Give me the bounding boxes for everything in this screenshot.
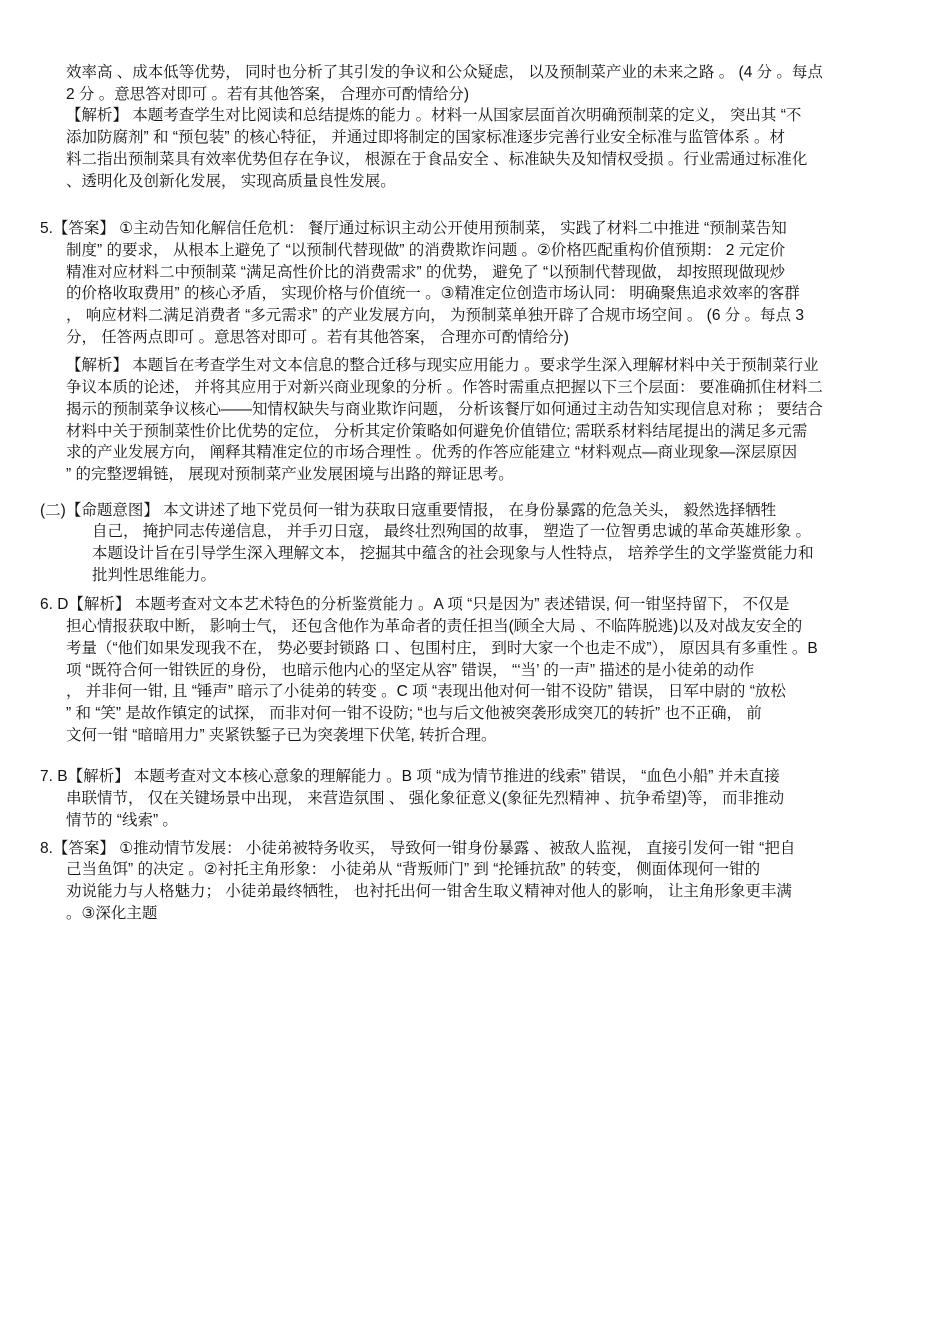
text-line: 自己， 掩护同志传递信息， 并手刃日寇， 最终壮烈殉国的故事， 塑造了一位智勇忠… (0, 521, 914, 543)
q5-answer: 5.【答案】 ①主动告知化解信任危机： 餐厅通过标识主动公开使用预制菜， 实践了… (0, 218, 914, 348)
text-line: 求的产业发展方向， 阐释其精准定位的市场合理性 。优秀的作答应能建立 “材料观点… (0, 442, 914, 464)
text-line: 串联情节， 仅在关键场景中出现， 来营造氛围 、 强化象征意义(象征先烈精神 、… (0, 788, 914, 810)
text-line: 添加防腐剂” 和 “预包装” 的核心特征， 并通过即将制定的国家标准逐步完善行业… (0, 127, 914, 149)
text-line: 【解析】 本题旨在考查学生对文本信息的整合迁移与现实应用能力 。要求学生深入理解… (0, 355, 914, 377)
q8-answer: 8.【答案】 ①推动情节发展： 小徒弟被特务收买， 导致何一钳身份暴露 、被敌人… (0, 838, 914, 925)
q5-analysis: 【解析】 本题旨在考查学生对文本信息的整合迁移与现实应用能力 。要求学生深入理解… (0, 355, 914, 485)
text-line: 考量（“他们如果发现我不在， 势必要封锁路 口 、包围村庄， 到时大家一个也走不… (0, 638, 914, 660)
text-line: 制度” 的要求， 从根本上避免了 “以预制代替现做” 的消费欺诈问题 。②价格匹… (0, 240, 914, 262)
q6-answer-analysis: 6. D【解析】 本题考查对文本艺术特色的分析鉴赏能力 。A 项 “只是因为” … (0, 594, 914, 746)
text-line: 材料中关于预制菜性价比优势的定位， 分析其定价策略如何避免价值错位; 需联系材料… (0, 421, 914, 443)
text-line: 效率高 、成本低等优势， 同时也分析了其引发的争议和公众疑虑， 以及预制菜产业的… (0, 62, 914, 84)
text-line: 己当鱼饵” 的决定 。②衬托主角形象： 小徒弟从 “背叛师门” 到 “抡锤抗敌”… (0, 859, 914, 881)
text-line: 劝说能力与人格魅力； 小徒弟最终牺牲， 也衬托出何一钳舍生取义精神对他人的影响，… (0, 881, 914, 903)
q7-answer-analysis: 7. B【解析】 本题考查对文本核心意象的理解能力 。B 项 “成为情节推进的线… (0, 766, 914, 831)
text-line: 6. D【解析】 本题考查对文本艺术特色的分析鉴赏能力 。A 项 “只是因为” … (0, 594, 914, 616)
text-line: 8.【答案】 ①推动情节发展： 小徒弟被特务收买， 导致何一钳身份暴露 、被敌人… (0, 838, 914, 860)
text-line: 担心情报获取中断， 影响士气， 还包含他作为革命者的责任担当(顾全大局 、不临阵… (0, 616, 914, 638)
text-line: 的价格收取费用” 的核心矛盾， 实现价格与价值统一 。③精准定位创造市场认同： … (0, 283, 914, 305)
text-line: 揭示的预制菜争议核心——知情权缺失与商业欺诈问题， 分析该餐厅如何通过主动告知实… (0, 399, 914, 421)
text-line: 2 分 。意思答对即可 。若有其他答案， 合理亦可酌情给分) (0, 84, 914, 106)
text-line: 、透明化及创新化发展， 实现高质量良性发展。 (0, 171, 914, 193)
text-line: 分， 任答两点即可 。意思答对即可 。若有其他答案， 合理亦可酌情给分) (0, 327, 914, 349)
text-line: ， 响应材料二满足消费者 “多元需求” 的产业发展方向， 为预制菜单独开辟了合规… (0, 305, 914, 327)
text-line: 5.【答案】 ①主动告知化解信任危机： 餐厅通过标识主动公开使用预制菜， 实践了… (0, 218, 914, 240)
document-body: 效率高 、成本低等优势， 同时也分析了其引发的争议和公众疑虑， 以及预制菜产业的… (0, 62, 914, 924)
text-line: 。③深化主题 (0, 903, 914, 925)
text-line: ， 并非何一钳, 且 “锤声” 暗示了小徒弟的转变 。C 项 “表现出他对何一钳… (0, 681, 914, 703)
section-2-intent: (二)【命题意图】 本文讲述了地下党员何一钳为获取日寇重要情报， 在身份暴露的危… (0, 500, 914, 587)
text-line: 文何一钳 “暗暗用力” 夹紧铁錾子已为突袭埋下伏笔, 转折合理。 (0, 725, 914, 747)
text-line: ” 和 “笑” 是故作镇定的试探， 而非对何一钳不设防; “也与后文他被突袭形成… (0, 703, 914, 725)
text-line: 争议本质的论述， 并将其应用于对新兴商业现象的分析 。作答时需重点把握以下三个层… (0, 377, 914, 399)
text-line: 情节的 “线索” 。 (0, 810, 914, 832)
text-line: ” 的完整逻辑链， 展现对预制菜产业发展困境与出路的辩证思考。 (0, 464, 914, 486)
text-line: 7. B【解析】 本题考查对文本核心意象的理解能力 。B 项 “成为情节推进的线… (0, 766, 914, 788)
text-line: 料二指出预制菜具有效率优势但存在争议， 根源在于食品安全 、标准缺失及知情权受损… (0, 149, 914, 171)
q4-answer-tail-and-analysis: 效率高 、成本低等优势， 同时也分析了其引发的争议和公众疑虑， 以及预制菜产业的… (0, 62, 914, 192)
text-line: 本题设计旨在引导学生深入理解文本， 挖掘其中蕴含的社会现象与人性特点， 培养学生… (0, 543, 914, 565)
text-line: 精准对应材料二中预制菜 “满足高性价比的消费需求” 的优势， 避免了 “以预制代… (0, 262, 914, 284)
text-line: 【解析】 本题考查学生对比阅读和总结提炼的能力 。材料一从国家层面首次明确预制菜… (0, 105, 914, 127)
text-line: 批判性思维能力。 (0, 565, 914, 587)
text-line: (二)【命题意图】 本文讲述了地下党员何一钳为获取日寇重要情报， 在身份暴露的危… (0, 500, 914, 522)
text-line: 项 “既符合何一钳铁匠的身份， 也暗示他内心的坚定从容” 错误， “‘当’ 的一… (0, 660, 914, 682)
answer-key-document: 效率高 、成本低等优势， 同时也分析了其引发的争议和公众疑虑， 以及预制菜产业的… (0, 0, 950, 924)
